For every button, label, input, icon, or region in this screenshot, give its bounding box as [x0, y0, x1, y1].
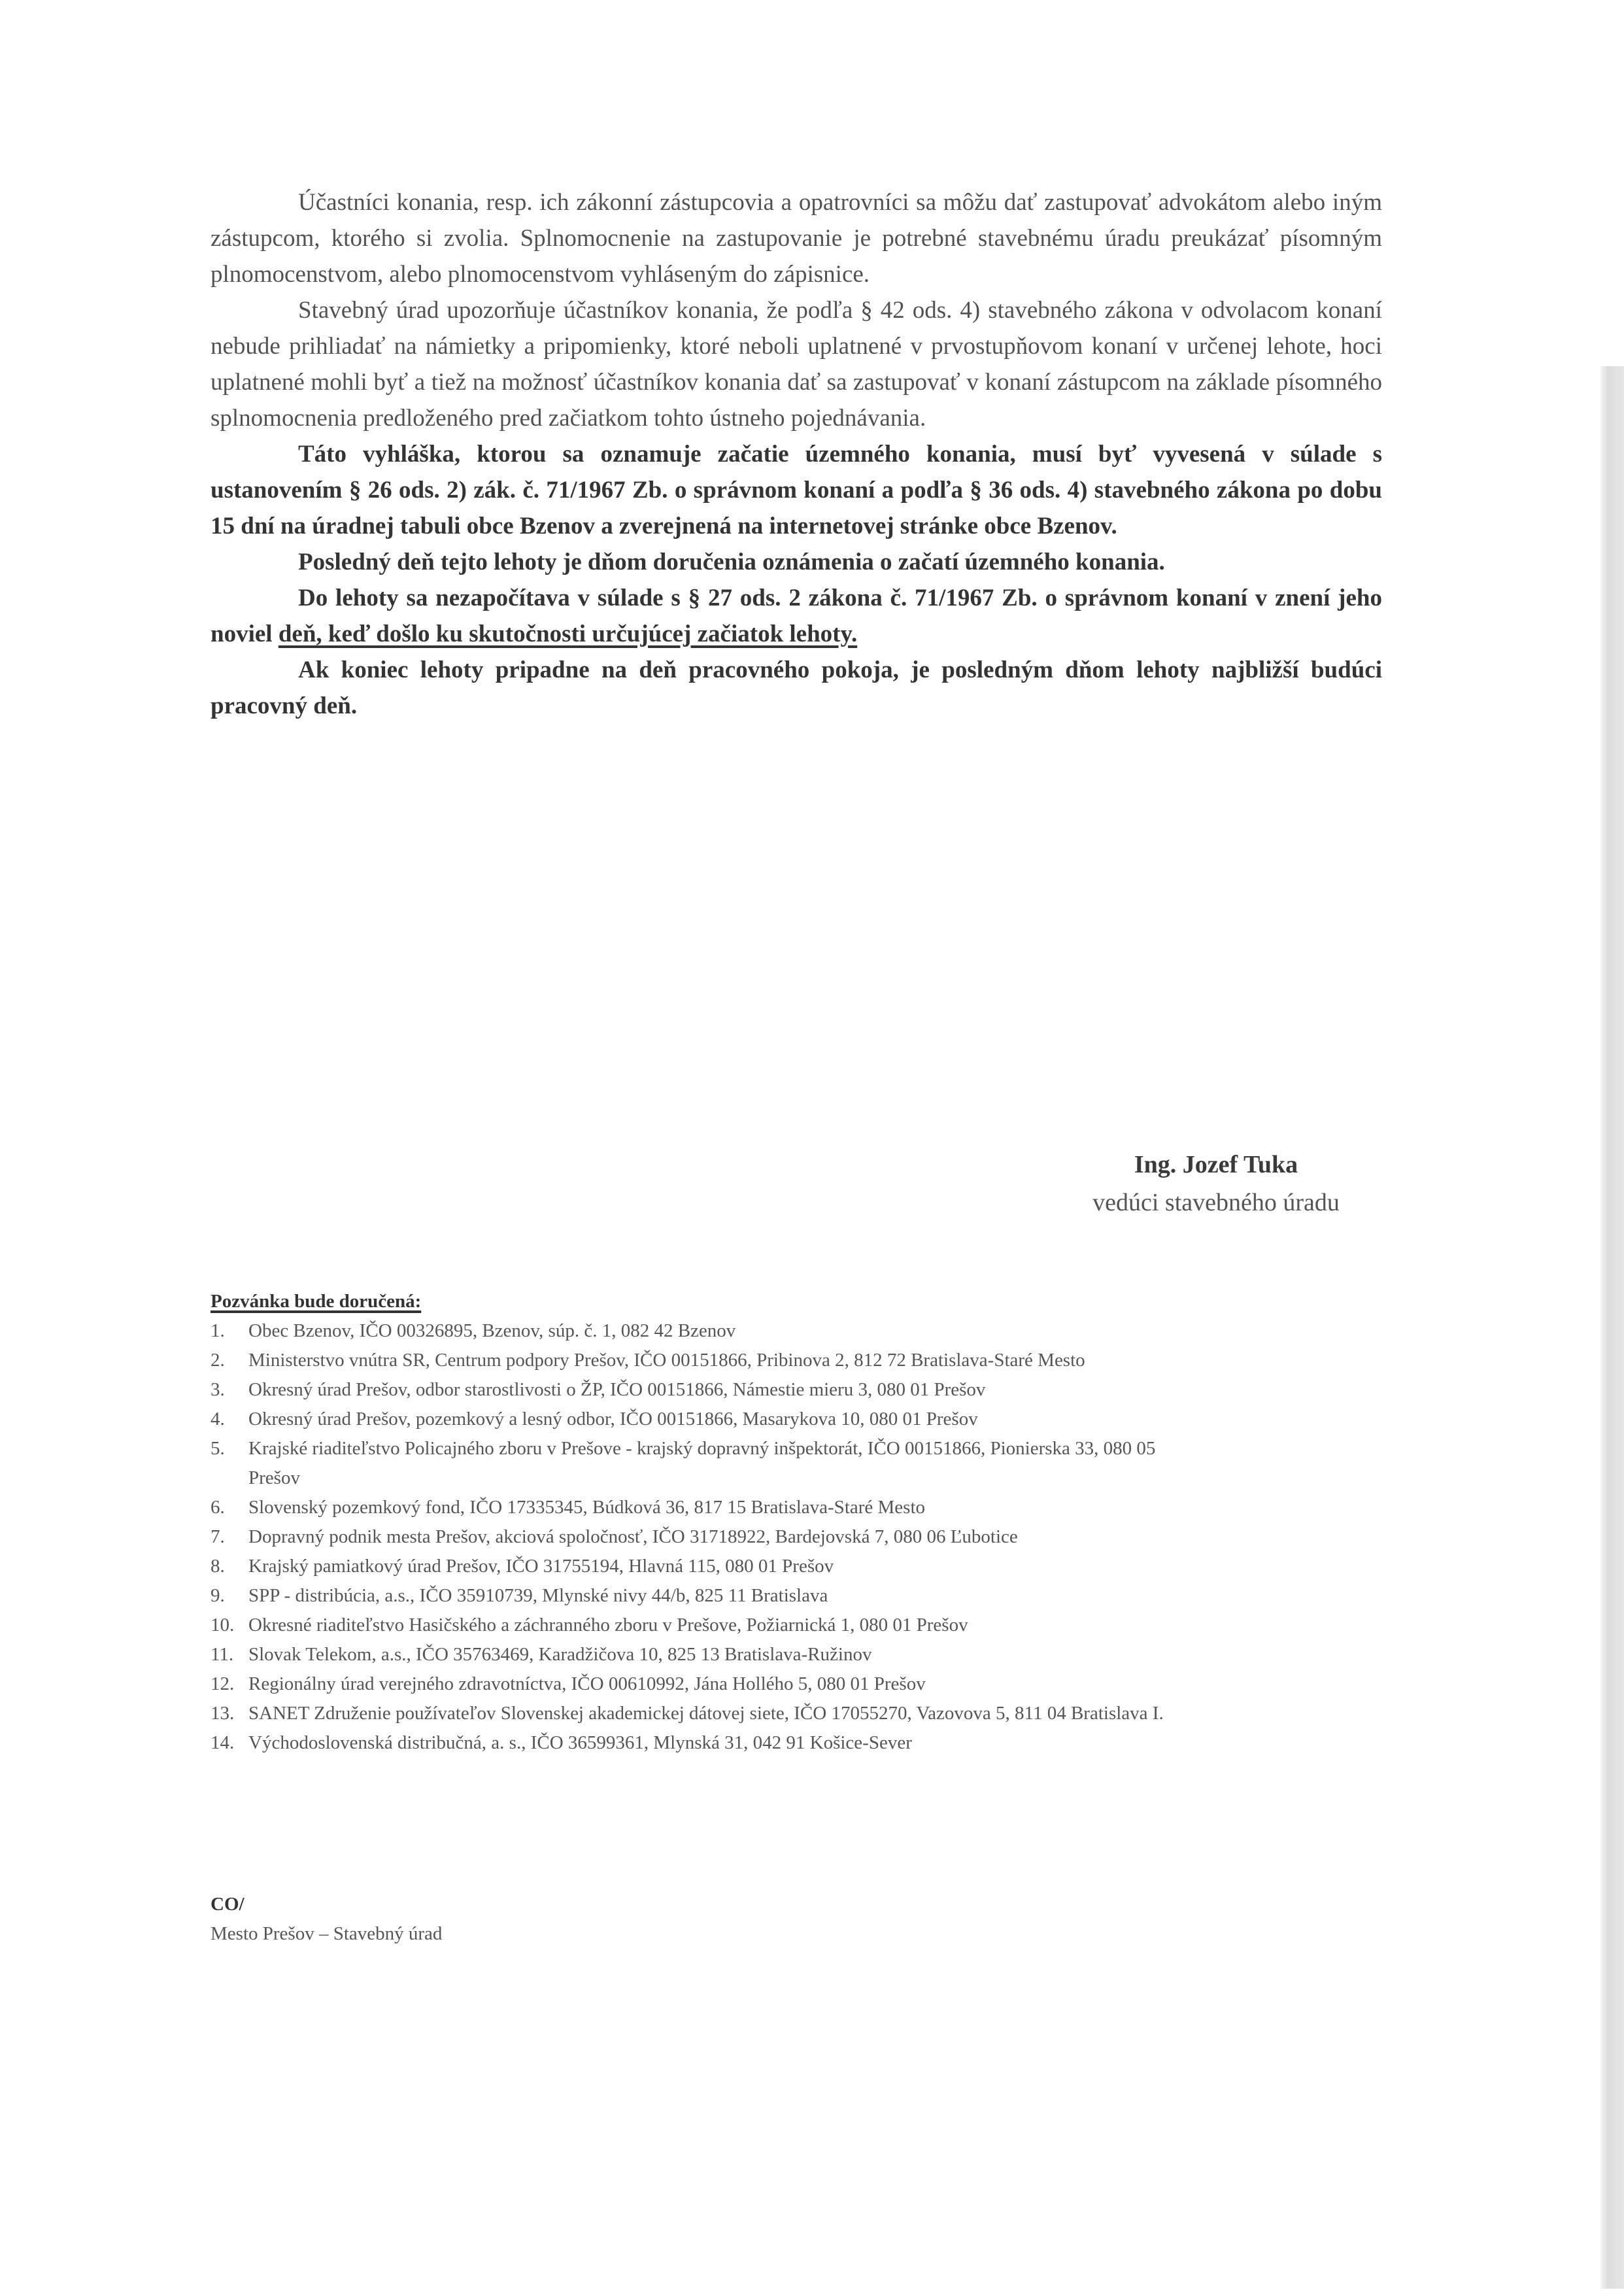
signatory-role: vedúci stavebného úradu [1046, 1184, 1386, 1222]
list-item: 9.SPP - distribúcia, a.s., IČO 35910739,… [211, 1581, 1387, 1611]
list-item-text: Dopravný podnik mesta Prešov, akciová sp… [248, 1522, 1387, 1552]
list-item-text: SPP - distribúcia, a.s., IČO 35910739, M… [248, 1581, 1387, 1611]
copy-to-block: CO/ Mesto Prešov – Stavebný úrad [211, 1890, 442, 1949]
list-item: 8.Krajský pamiatkový úrad Prešov, IČO 31… [211, 1552, 1387, 1581]
list-item-number: 11. [211, 1640, 248, 1669]
list-item-number: 8. [211, 1552, 248, 1581]
list-item-text: Krajský pamiatkový úrad Prešov, IČO 3175… [248, 1552, 1387, 1581]
paragraph-holiday-rule: Ak koniec lehoty pripadne na deň pracovn… [211, 652, 1382, 724]
document-body: Účastníci konania, resp. ich zákonní zás… [211, 184, 1382, 724]
list-item: 10.Okresné riaditeľstvo Hasičského a zác… [211, 1611, 1387, 1640]
signature-block: Ing. Jozef Tuka vedúci stavebného úradu [1046, 1146, 1386, 1222]
paragraph-posting-notice: Táto vyhláška, ktorou sa oznamuje začati… [211, 436, 1382, 544]
list-item: 6.Slovenský pozemkový fond, IČO 17335345… [211, 1493, 1387, 1522]
list-item: 7.Dopravný podnik mesta Prešov, akciová … [211, 1522, 1387, 1552]
list-item: 2.Ministerstvo vnútra SR, Centrum podpor… [211, 1346, 1387, 1375]
list-item-number: 6. [211, 1493, 248, 1522]
list-item-text: Ministerstvo vnútra SR, Centrum podpory … [248, 1346, 1387, 1375]
list-item-text: Krajské riaditeľstvo Policajného zboru v… [248, 1434, 1387, 1493]
list-item: 4.Okresný úrad Prešov, pozemkový a lesný… [211, 1405, 1387, 1434]
list-item-number: 1. [211, 1316, 248, 1346]
list-item: 3.Okresný úrad Prešov, odbor starostlivo… [211, 1375, 1387, 1405]
list-item: 14.Východoslovenská distribučná, a. s., … [211, 1728, 1387, 1758]
list-item: 11.Slovak Telekom, a.s., IČO 35763469, K… [211, 1640, 1387, 1669]
recipient-items: 1.Obec Bzenov, IČO 00326895, Bzenov, súp… [211, 1316, 1387, 1758]
copy-to-recipient: Mesto Prešov – Stavebný úrad [211, 1919, 442, 1949]
list-item-text: Slovak Telekom, a.s., IČO 35763469, Kara… [248, 1640, 1387, 1669]
scan-edge-shadow [1600, 366, 1624, 2289]
list-item-text: Okresný úrad Prešov, odbor starostlivost… [248, 1375, 1387, 1405]
list-item-text: Okresný úrad Prešov, pozemkový a lesný o… [248, 1405, 1387, 1434]
list-item-text: Okresné riaditeľstvo Hasičského a záchra… [248, 1611, 1387, 1640]
list-item-number: 13. [211, 1699, 248, 1728]
paragraph-objections-warning: Stavebný úrad upozorňuje účastníkov kona… [211, 292, 1382, 436]
list-item-number: 5. [211, 1434, 248, 1493]
list-item-number: 9. [211, 1581, 248, 1611]
list-item-text: Východoslovenská distribučná, a. s., IČO… [248, 1728, 1387, 1758]
copy-to-label: CO/ [211, 1890, 442, 1919]
list-item-text: Slovenský pozemkový fond, IČO 17335345, … [248, 1493, 1387, 1522]
deadline-underlined-text: deň, keď došlo ku skutočnosti určujúcej … [279, 621, 857, 647]
list-item: 12.Regionálny úrad verejného zdravotníct… [211, 1669, 1387, 1699]
list-item-number: 14. [211, 1728, 248, 1758]
list-item-number: 2. [211, 1346, 248, 1375]
list-item: 5.Krajské riaditeľstvo Policajného zboru… [211, 1434, 1387, 1493]
paragraph-last-day: Posledný deň tejto lehoty je dňom doruče… [211, 544, 1382, 580]
list-item-number: 4. [211, 1405, 248, 1434]
paragraph-deadline-calculation: Do lehoty sa nezapočítava v súlade s § 2… [211, 580, 1382, 652]
signatory-name: Ing. Jozef Tuka [1046, 1146, 1386, 1184]
list-item-number: 10. [211, 1611, 248, 1640]
list-item-text: Regionálny úrad verejného zdravotníctva,… [248, 1669, 1387, 1699]
list-item-text: SANET Združenie používateľov Slovenskej … [248, 1699, 1387, 1728]
list-item-number: 3. [211, 1375, 248, 1405]
recipients-list: Pozvánka bude doručená: 1.Obec Bzenov, I… [211, 1287, 1387, 1758]
list-item-number: 12. [211, 1669, 248, 1699]
paragraph-representation: Účastníci konania, resp. ich zákonní zás… [211, 184, 1382, 292]
recipients-heading: Pozvánka bude doručená: [211, 1287, 1387, 1316]
list-item-text: Obec Bzenov, IČO 00326895, Bzenov, súp. … [248, 1316, 1387, 1346]
list-item: 13.SANET Združenie používateľov Slovensk… [211, 1699, 1387, 1728]
list-item: 1.Obec Bzenov, IČO 00326895, Bzenov, súp… [211, 1316, 1387, 1346]
list-item-number: 7. [211, 1522, 248, 1552]
